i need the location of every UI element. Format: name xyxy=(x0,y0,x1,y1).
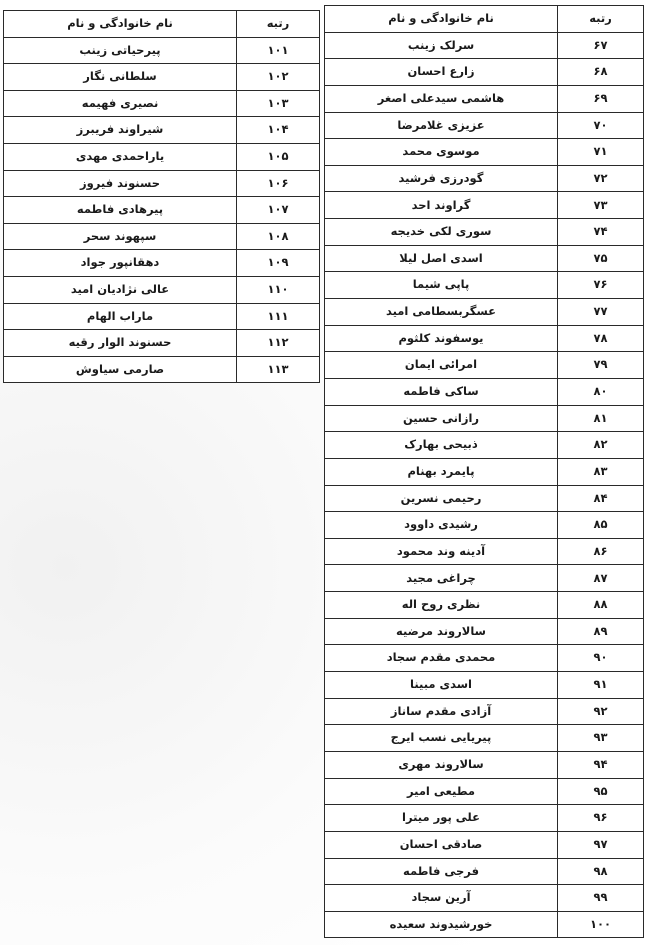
rank-cell: ۸۴ xyxy=(558,485,644,512)
table-row: ۹۱اسدی مبینا xyxy=(325,672,644,699)
rank-cell: ۹۳ xyxy=(558,725,644,752)
ranking-table-left: رتبه نام خانوادگی و نام ۱۰۱پیرحیاتی زینب… xyxy=(3,10,320,383)
name-cell: سرلک زینب xyxy=(325,32,558,59)
name-cell: ماراب الهام xyxy=(4,303,237,330)
rank-cell: ۱۰۴ xyxy=(237,117,320,144)
rank-cell: ۸۱ xyxy=(558,405,644,432)
table-row: ۱۱۳صارمی سیاوش xyxy=(4,356,320,383)
rank-cell: ۹۵ xyxy=(558,778,644,805)
name-cell: حسنوند فیروز xyxy=(4,170,237,197)
table-row: ۱۰۴شیراوند فریبرز xyxy=(4,117,320,144)
rank-cell: ۶۹ xyxy=(558,85,644,112)
rank-cell: ۷۵ xyxy=(558,245,644,272)
table-row: ۷۳گراوند احد xyxy=(325,192,644,219)
rank-cell: ۹۴ xyxy=(558,751,644,778)
rank-cell: ۹۱ xyxy=(558,672,644,699)
rank-cell: ۱۱۲ xyxy=(237,330,320,357)
table-row: ۹۹آرین سجاد xyxy=(325,885,644,912)
rank-cell: ۸۵ xyxy=(558,512,644,539)
rank-cell: ۹۸ xyxy=(558,858,644,885)
rank-cell: ۹۶ xyxy=(558,805,644,832)
name-cell: عسگربسطامی امید xyxy=(325,299,558,326)
rank-cell: ۷۳ xyxy=(558,192,644,219)
table-row: ۱۰۷پیرهادی فاطمه xyxy=(4,197,320,224)
name-cell: موسوی محمد xyxy=(325,139,558,166)
rank-cell: ۷۲ xyxy=(558,165,644,192)
rank-cell: ۱۰۹ xyxy=(237,250,320,277)
table-row: ۶۹هاشمی سیدعلی اصغر xyxy=(325,85,644,112)
name-cell: خورشیدوند سعیده xyxy=(325,911,558,938)
column-header-rank: رتبه xyxy=(237,11,320,38)
table-row: ۱۰۲سلطانی نگار xyxy=(4,64,320,91)
name-cell: عزیزی غلامرضا xyxy=(325,112,558,139)
name-cell: سپهوند سحر xyxy=(4,223,237,250)
rank-cell: ۸۹ xyxy=(558,618,644,645)
table-row: ۹۶علی پور میترا xyxy=(325,805,644,832)
name-cell: اسدی اصل لیلا xyxy=(325,245,558,272)
table-row: ۹۸فرجی فاطمه xyxy=(325,858,644,885)
name-cell: ذبیحی بهارک xyxy=(325,432,558,459)
rank-cell: ۸۰ xyxy=(558,378,644,405)
table-row: ۷۲گودرزی فرشید xyxy=(325,165,644,192)
rank-cell: ۷۴ xyxy=(558,219,644,246)
table-row: ۷۴سوری لکی خدیجه xyxy=(325,219,644,246)
table-row: ۸۱رازانی حسین xyxy=(325,405,644,432)
name-cell: یاراحمدی مهدی xyxy=(4,143,237,170)
rank-cell: ۷۶ xyxy=(558,272,644,299)
rank-cell: ۱۰۳ xyxy=(237,90,320,117)
rank-cell: ۱۰۵ xyxy=(237,143,320,170)
table-header-row: رتبه نام خانوادگی و نام xyxy=(325,6,644,33)
table-row: ۷۵اسدی اصل لیلا xyxy=(325,245,644,272)
name-cell: ساکی فاطمه xyxy=(325,378,558,405)
column-header-name: نام خانوادگی و نام xyxy=(4,11,237,38)
table-row: ۸۲ذبیحی بهارک xyxy=(325,432,644,459)
rank-cell: ۸۸ xyxy=(558,592,644,619)
name-cell: صادقی احسان xyxy=(325,831,558,858)
name-cell: پیرهادی فاطمه xyxy=(4,197,237,224)
name-cell: علی پور میترا xyxy=(325,805,558,832)
rank-cell: ۷۸ xyxy=(558,325,644,352)
ranking-table-right: رتبه نام خانوادگی و نام ۶۷سرلک زینب۶۸زار… xyxy=(324,5,644,938)
name-cell: آرین سجاد xyxy=(325,885,558,912)
table-row: ۸۷چراغی مجید xyxy=(325,565,644,592)
table-row: ۱۱۲حسنوند الوار رقیه xyxy=(4,330,320,357)
name-cell: صارمی سیاوش xyxy=(4,356,237,383)
rank-cell: ۷۹ xyxy=(558,352,644,379)
name-cell: رشیدی داوود xyxy=(325,512,558,539)
name-cell: چراغی مجید xyxy=(325,565,558,592)
table-row: ۶۸زارع احسان xyxy=(325,59,644,86)
rank-cell: ۱۱۳ xyxy=(237,356,320,383)
name-cell: گراوند احد xyxy=(325,192,558,219)
table-row: ۹۷صادقی احسان xyxy=(325,831,644,858)
table-row: ۸۸نظری روح اله xyxy=(325,592,644,619)
rank-cell: ۱۰۰ xyxy=(558,911,644,938)
table-row: ۹۲آزادی مقدم ساناز xyxy=(325,698,644,725)
table-row: ۷۰عزیزی غلامرضا xyxy=(325,112,644,139)
name-cell: آدینه وند محمود xyxy=(325,538,558,565)
table-row: ۱۰۳نصیری فهیمه xyxy=(4,90,320,117)
name-cell: اسدی مبینا xyxy=(325,672,558,699)
rank-cell: ۶۸ xyxy=(558,59,644,86)
table-row: ۷۹امرائی ایمان xyxy=(325,352,644,379)
table-row: ۸۰ساکی فاطمه xyxy=(325,378,644,405)
name-cell: شیراوند فریبرز xyxy=(4,117,237,144)
rank-cell: ۱۰۲ xyxy=(237,64,320,91)
table-row: ۱۰۰خورشیدوند سعیده xyxy=(325,911,644,938)
table-row: ۱۰۱پیرحیاتی زینب xyxy=(4,37,320,64)
name-cell: امرائی ایمان xyxy=(325,352,558,379)
table-row: ۱۱۱ماراب الهام xyxy=(4,303,320,330)
column-header-name: نام خانوادگی و نام xyxy=(325,6,558,33)
table-row: ۷۸یوسفوند کلثوم xyxy=(325,325,644,352)
name-cell: فرجی فاطمه xyxy=(325,858,558,885)
table-header-row: رتبه نام خانوادگی و نام xyxy=(4,11,320,38)
table-row: ۹۳پیریایی نسب ایرج xyxy=(325,725,644,752)
table-row: ۹۰محمدی مقدم سجاد xyxy=(325,645,644,672)
table-row: ۱۱۰عالی نژادیان امید xyxy=(4,276,320,303)
name-cell: نظری روح اله xyxy=(325,592,558,619)
name-cell: سلطانی نگار xyxy=(4,64,237,91)
rank-cell: ۱۱۰ xyxy=(237,276,320,303)
name-cell: گودرزی فرشید xyxy=(325,165,558,192)
name-cell: پاپی شیما xyxy=(325,272,558,299)
rank-cell: ۹۰ xyxy=(558,645,644,672)
rank-cell: ۱۰۶ xyxy=(237,170,320,197)
table-row: ۹۵مطیعی امیر xyxy=(325,778,644,805)
table-row: ۷۶پاپی شیما xyxy=(325,272,644,299)
name-cell: عالی نژادیان امید xyxy=(4,276,237,303)
name-cell: هاشمی سیدعلی اصغر xyxy=(325,85,558,112)
table-row: ۸۵رشیدی داوود xyxy=(325,512,644,539)
rank-cell: ۸۳ xyxy=(558,458,644,485)
rank-cell: ۱۰۸ xyxy=(237,223,320,250)
name-cell: پیریایی نسب ایرج xyxy=(325,725,558,752)
table-row: ۸۴رحیمی نسرین xyxy=(325,485,644,512)
rank-cell: ۸۷ xyxy=(558,565,644,592)
name-cell: سالاروند مهری xyxy=(325,751,558,778)
rank-cell: ۷۱ xyxy=(558,139,644,166)
table-row: ۱۰۶حسنوند فیروز xyxy=(4,170,320,197)
name-cell: نصیری فهیمه xyxy=(4,90,237,117)
name-cell: محمدی مقدم سجاد xyxy=(325,645,558,672)
table-body-left: ۱۰۱پیرحیاتی زینب۱۰۲سلطانی نگار۱۰۳نصیری ف… xyxy=(4,37,320,383)
table-row: ۷۱موسوی محمد xyxy=(325,139,644,166)
name-cell: پایمرد بهنام xyxy=(325,458,558,485)
column-header-rank: رتبه xyxy=(558,6,644,33)
name-cell: دهقانپور جواد xyxy=(4,250,237,277)
rank-cell: ۶۷ xyxy=(558,32,644,59)
table-row: ۱۰۵یاراحمدی مهدی xyxy=(4,143,320,170)
rank-cell: ۱۰۱ xyxy=(237,37,320,64)
name-cell: رازانی حسین xyxy=(325,405,558,432)
name-cell: زارع احسان xyxy=(325,59,558,86)
table-row: ۷۷عسگربسطامی امید xyxy=(325,299,644,326)
name-cell: یوسفوند کلثوم xyxy=(325,325,558,352)
table-row: ۶۷سرلک زینب xyxy=(325,32,644,59)
name-cell: سالاروند مرضیه xyxy=(325,618,558,645)
name-cell: آزادی مقدم ساناز xyxy=(325,698,558,725)
table-row: ۱۰۸سپهوند سحر xyxy=(4,223,320,250)
name-cell: سوری لکی خدیجه xyxy=(325,219,558,246)
rank-cell: ۸۶ xyxy=(558,538,644,565)
table-row: ۹۴سالاروند مهری xyxy=(325,751,644,778)
name-cell: رحیمی نسرین xyxy=(325,485,558,512)
rank-cell: ۷۰ xyxy=(558,112,644,139)
name-cell: مطیعی امیر xyxy=(325,778,558,805)
rank-cell: ۱۱۱ xyxy=(237,303,320,330)
rank-cell: ۷۷ xyxy=(558,299,644,326)
table-body-right: ۶۷سرلک زینب۶۸زارع احسان۶۹هاشمی سیدعلی اص… xyxy=(325,32,644,938)
table-row: ۸۳پایمرد بهنام xyxy=(325,458,644,485)
table-row: ۸۹سالاروند مرضیه xyxy=(325,618,644,645)
table-row: ۸۶آدینه وند محمود xyxy=(325,538,644,565)
rank-cell: ۱۰۷ xyxy=(237,197,320,224)
name-cell: حسنوند الوار رقیه xyxy=(4,330,237,357)
table-row: ۱۰۹دهقانپور جواد xyxy=(4,250,320,277)
rank-cell: ۸۲ xyxy=(558,432,644,459)
name-cell: پیرحیاتی زینب xyxy=(4,37,237,64)
rank-cell: ۹۲ xyxy=(558,698,644,725)
rank-cell: ۹۹ xyxy=(558,885,644,912)
rank-cell: ۹۷ xyxy=(558,831,644,858)
